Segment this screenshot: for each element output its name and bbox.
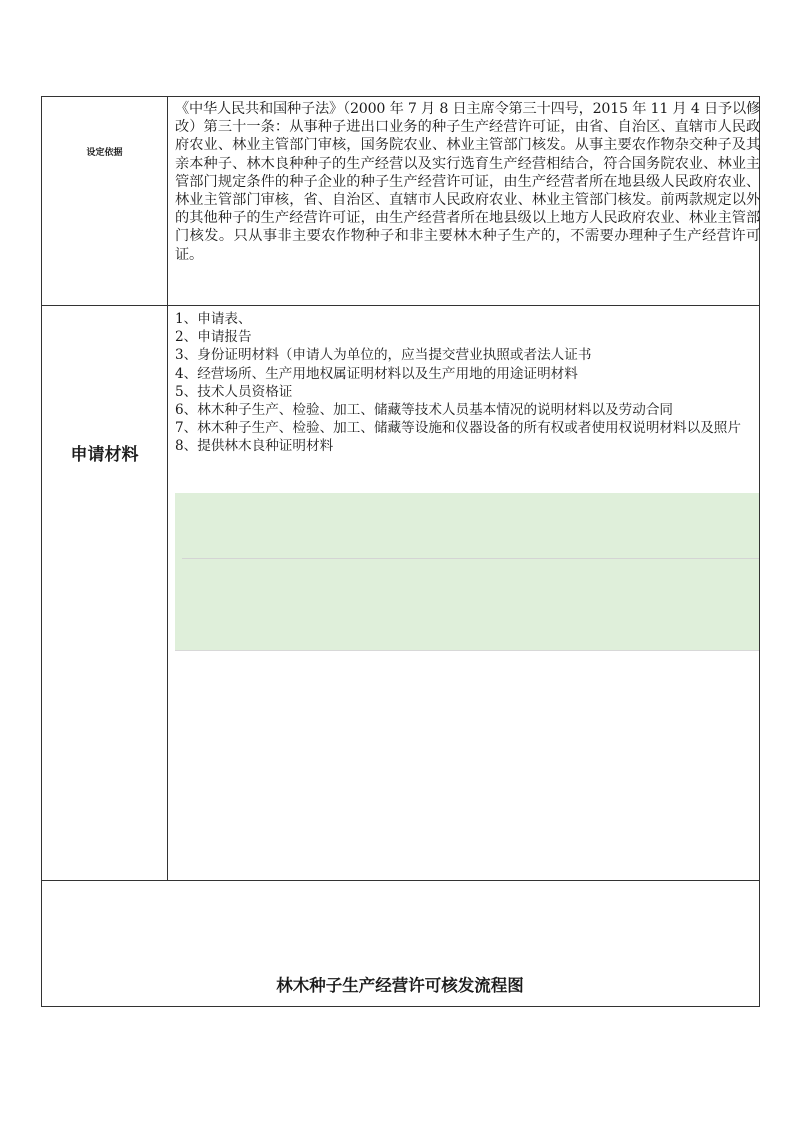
column-divider bbox=[167, 96, 168, 881]
list-item: 7、林木种子生产、检验、加工、储藏等设施和仪器设备的所有权或者使用权说明材料以及… bbox=[175, 419, 760, 437]
row-divider bbox=[41, 305, 760, 306]
row-divider bbox=[41, 880, 760, 881]
list-item: 1、申请表、 bbox=[175, 310, 760, 328]
row-label-materials: 申请材料 bbox=[41, 440, 168, 465]
list-item: 8、提供林木良种证明材料 bbox=[175, 437, 760, 455]
row-label-basis: 设定依据 bbox=[41, 145, 168, 158]
highlight-block bbox=[175, 493, 759, 651]
highlight-divider bbox=[182, 558, 759, 559]
flowchart-title: 林木种子生产经营许可核发流程图 bbox=[41, 972, 759, 996]
basis-content: 《中华人民共和国种子法》（2000 年 7 月 8 日主席令第三十四号，2015… bbox=[175, 100, 760, 264]
list-item: 6、林木种子生产、检验、加工、储藏等技术人员基本情况的说明材料以及劳动合同 bbox=[175, 401, 760, 419]
list-item: 5、技术人员资格证 bbox=[175, 383, 760, 401]
list-item: 2、申请报告 bbox=[175, 328, 760, 346]
list-item: 4、经营场所、生产用地权属证明材料以及生产用地的用途证明材料 bbox=[175, 365, 760, 383]
materials-list: 1、申请表、 2、申请报告 3、身份证明材料（申请人为单位的，应当提交营业执照或… bbox=[175, 310, 760, 456]
list-item: 3、身份证明材料（申请人为单位的，应当提交营业执照或者法人证书 bbox=[175, 346, 760, 364]
